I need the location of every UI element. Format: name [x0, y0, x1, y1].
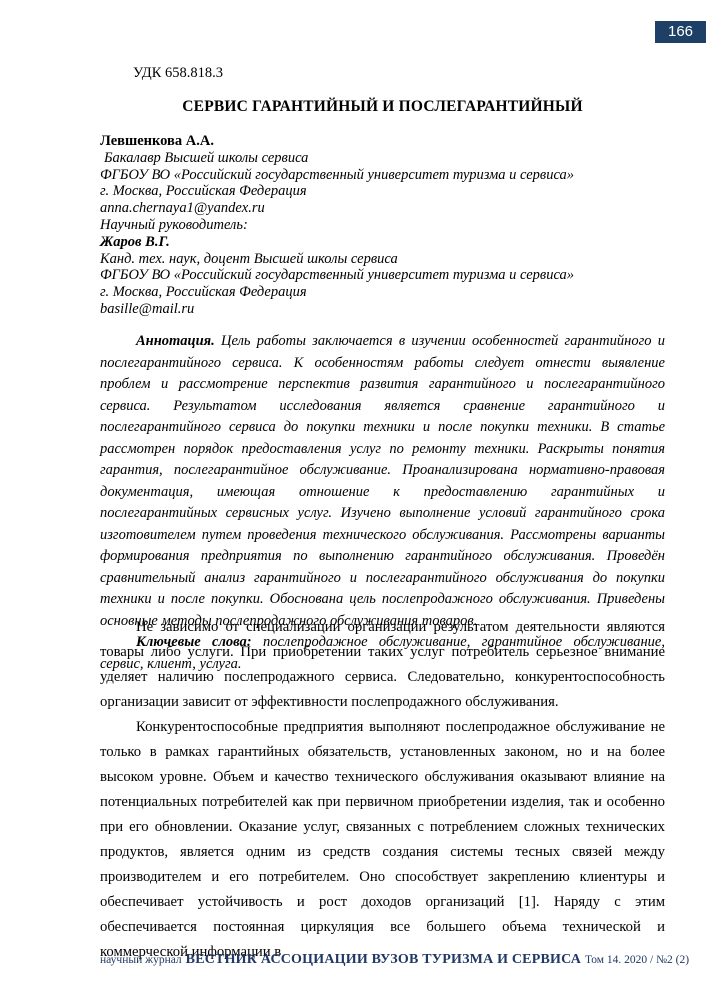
supervisor-name: Жаров В.Г.: [100, 234, 665, 251]
footer-prefix: научный журнал: [100, 954, 182, 966]
authors-block: Левшенкова А.А. Бакалавр Высшей школы се…: [100, 133, 665, 318]
body-paragraph: Не зависимо от специализации организации…: [100, 615, 665, 715]
article-title: СЕРВИС ГАРАНТИЙНЫЙ И ПОСЛЕГАРАНТИЙНЫЙ: [100, 98, 665, 116]
abstract-text: Цель работы заключается в изучении особе…: [100, 333, 665, 629]
page-number: 166: [668, 23, 693, 40]
journal-footer: научный журнал ВЕСТНИК АССОЦИАЦИИ ВУЗОВ …: [100, 950, 675, 968]
body-paragraph: Конкурентоспособные предприятия выполняю…: [100, 715, 665, 965]
author-email: anna.chernaya1@yandex.ru: [100, 200, 665, 217]
author-city: г. Москва, Российская Федерация: [100, 183, 665, 200]
abstract-paragraph: Аннотация. Цель работы заключается в изу…: [100, 331, 665, 632]
author-degree: Бакалавр Высшей школы сервиса: [100, 150, 665, 167]
author-affiliation: ФГБОУ ВО «Российский государственный уни…: [100, 167, 665, 184]
page-number-badge: 166: [655, 21, 706, 43]
author-name: Левшенкова А.А.: [100, 133, 665, 150]
supervisor-email: basille@mail.ru: [100, 301, 665, 318]
supervisor-affiliation: ФГБОУ ВО «Российский государственный уни…: [100, 267, 665, 284]
supervisor-label: Научный руководитель:: [100, 217, 665, 234]
udc-code: УДК 658.818.3: [133, 65, 223, 82]
abstract-label: Аннотация.: [136, 333, 215, 349]
footer-issue-info: Том 14. 2020 / №2 (2): [585, 954, 689, 966]
supervisor-city: г. Москва, Российская Федерация: [100, 284, 665, 301]
footer-journal-name: ВЕСТНИК АССОЦИАЦИИ ВУЗОВ ТУРИЗМА И СЕРВИ…: [186, 952, 581, 967]
supervisor-degree: Канд. тех. наук, доцент Высшей школы сер…: [100, 251, 665, 268]
document-page: 166 УДК 658.818.3 СЕРВИС ГАРАНТИЙНЫЙ И П…: [0, 0, 709, 1003]
article-body: Не зависимо от специализации организации…: [100, 615, 665, 965]
